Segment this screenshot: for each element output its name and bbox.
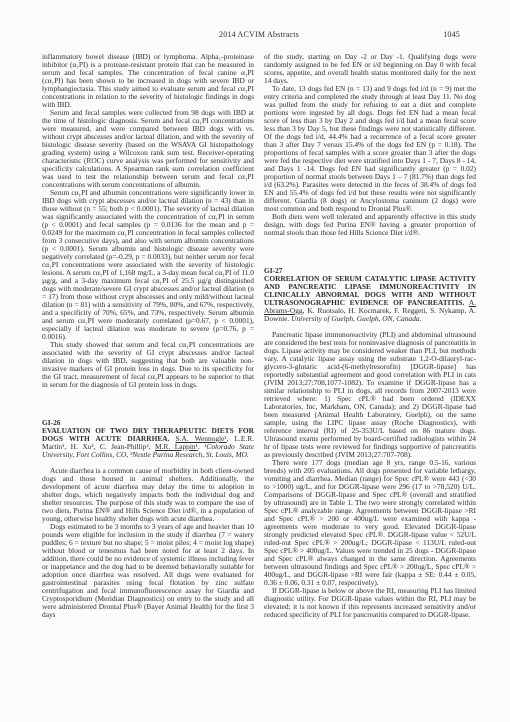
page-number: 1045 [443, 30, 460, 39]
paragraph: Serum and fecal samples were collected f… [42, 109, 254, 189]
abstract-body: Pancreatic lipase immunoreactivity (PLI)… [264, 331, 476, 619]
page-header: 2014 ACVIM Abstracts 1045 [42, 30, 476, 42]
affiliations: University of Guelph, Guelph, ON, Canada… [291, 314, 421, 323]
paragraph: of the study, starting on Day -2 or Day … [264, 53, 476, 85]
abstract-heading: CORRELATION OF SERUM CATALYTIC LIPASE AC… [264, 275, 476, 323]
abstract-gi27: GI-27 CORRELATION OF SERUM CATALYTIC LIP… [264, 267, 476, 619]
paragraph: Both diets were well tolerated and appar… [264, 213, 476, 237]
two-column-layout: inflammatory bowel disease (IBD) or lymp… [42, 53, 476, 619]
paragraph: If DGGR-lipase is below or above the RI,… [264, 587, 476, 619]
left-column: inflammatory bowel disease (IBD) or lymp… [42, 53, 254, 619]
paragraph: Acute diarrhea is a common cause of morb… [42, 467, 254, 523]
paragraph: Serum cα₁PI and albumin concentrations w… [42, 189, 254, 341]
paragraph: This study showed that serum and fecal c… [42, 341, 254, 389]
abstract-gi25-continuation: inflammatory bowel disease (IBD) or lymp… [42, 53, 254, 389]
paragraph: Dogs estimated to be 3 months to 3 years… [42, 523, 254, 619]
paragraph: To date, 13 dogs fed EN (n = 13) and 9 d… [264, 85, 476, 213]
paragraph: inflammatory bowel disease (IBD) or lymp… [42, 53, 254, 109]
abstract-heading: EVALUATION OF TWO DRY THERAPEUTIC DIETS … [42, 427, 254, 459]
journal-page: 2014 ACVIM Abstracts 1045 inflammatory b… [0, 0, 510, 722]
paragraph: Pancreatic lipase immunoreactivity (PLI)… [264, 331, 476, 459]
right-column: of the study, starting on Day -2 or Day … [264, 53, 476, 619]
running-title: 2014 ACVIM Abstracts [42, 30, 476, 39]
abstract-gi26-continuation: of the study, starting on Day -2 or Day … [264, 53, 476, 237]
abstract-title: CORRELATION OF SERUM CATALYTIC LIPASE AC… [264, 274, 476, 307]
abstract-gi26: GI-26 EVALUATION OF TWO DRY THERAPEUTIC … [42, 419, 254, 619]
paragraph: There were 177 dogs (median age 8 yrs, r… [264, 459, 476, 587]
abstract-body: Acute diarrhea is a common cause of morb… [42, 467, 254, 619]
